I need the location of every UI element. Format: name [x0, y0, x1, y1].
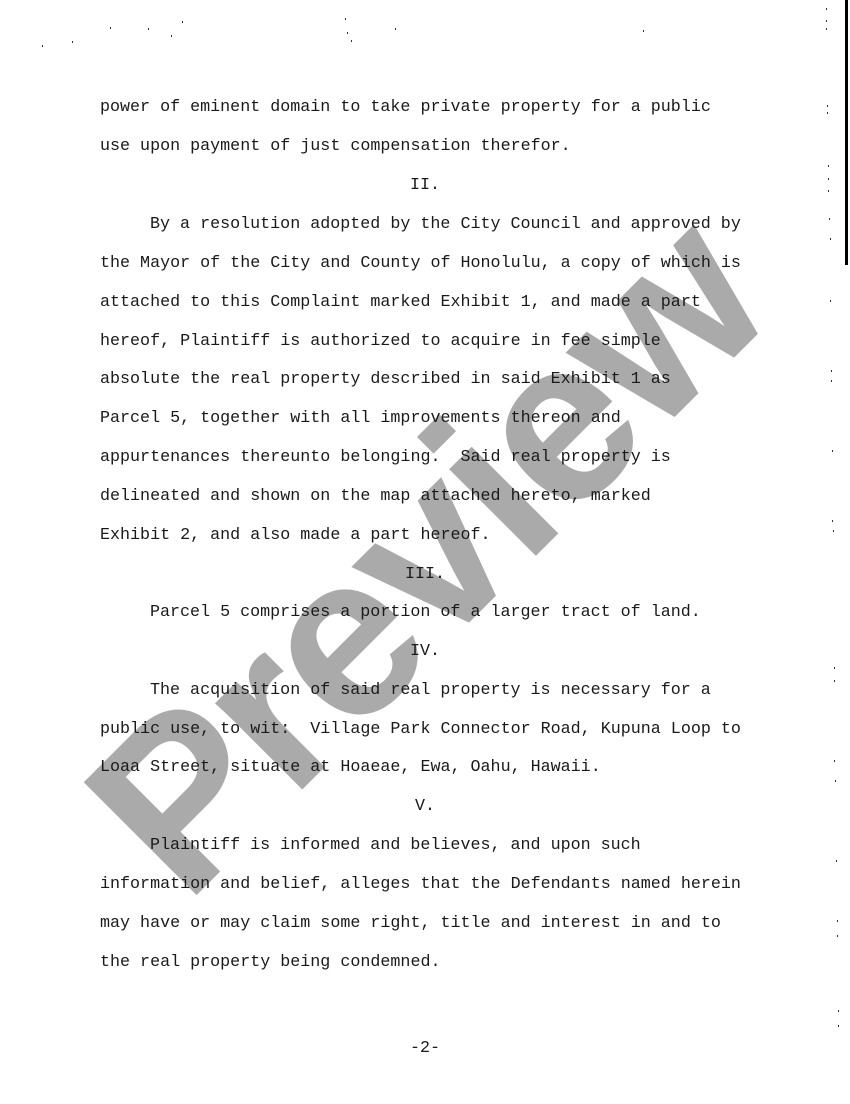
page-number: -2-: [0, 1039, 850, 1058]
scan-speck: [72, 41, 73, 43]
scan-speck: [42, 45, 43, 47]
scan-speck: [837, 935, 838, 937]
body-line: use upon payment of just compensation th…: [100, 137, 571, 157]
scan-speck: [833, 530, 834, 532]
scan-speck: [828, 165, 829, 167]
body-line: information and belief, alleges that the…: [100, 875, 741, 895]
section-heading-iii: III.: [0, 565, 850, 585]
scan-speck: [827, 112, 828, 114]
scan-speck: [643, 30, 644, 32]
scan-speck: [838, 1025, 839, 1027]
scan-speck: [345, 18, 346, 20]
scan-speck: [832, 520, 833, 522]
scan-speck: [148, 28, 149, 30]
scan-speck: [830, 238, 831, 240]
paragraph-start: Plaintiff is informed and believes, and …: [150, 836, 641, 856]
body-line: hereof, Plaintiff is authorized to acqui…: [100, 332, 661, 352]
scan-speck: [832, 450, 833, 452]
section-heading-ii: II.: [0, 176, 850, 196]
body-line: public use, to wit: Village Park Connect…: [100, 720, 741, 740]
scan-speck: [834, 680, 835, 682]
body-line: Exhibit 2, and also made a part hereof.: [100, 526, 491, 546]
body-line: Parcel 5, together with all improvements…: [100, 409, 621, 429]
scan-speck: [834, 667, 835, 669]
section-heading-iv: IV.: [0, 642, 850, 662]
body-line: the real property being condemned.: [100, 953, 440, 973]
scan-speck: [826, 8, 827, 10]
scan-speck: [831, 380, 832, 382]
scan-speck: [829, 218, 830, 220]
body-line: attached to this Complaint marked Exhibi…: [100, 293, 701, 313]
scan-speck: [835, 780, 836, 782]
scan-speck: [351, 40, 352, 42]
document-page: power of eminent domain to take private …: [0, 0, 850, 1104]
scan-speck: [837, 920, 838, 922]
section-heading-v: V.: [0, 797, 850, 817]
scan-speck: [830, 300, 831, 302]
body-line: may have or may claim some right, title …: [100, 914, 721, 934]
paragraph-start: By a resolution adopted by the City Coun…: [150, 215, 741, 235]
scan-speck: [395, 28, 396, 30]
scan-speck: [836, 860, 837, 862]
scan-speck: [827, 105, 828, 107]
body-line: absolute the real property described in …: [100, 370, 671, 390]
body-line: power of eminent domain to take private …: [100, 98, 711, 118]
scan-speck: [834, 760, 835, 762]
scan-speck: [826, 20, 827, 22]
scan-speck: [838, 1010, 839, 1012]
scan-speck: [171, 35, 172, 37]
scan-speck: [110, 27, 111, 29]
body-line: Loaa Street, situate at Hoaeae, Ewa, Oah…: [100, 758, 601, 778]
scan-speck: [831, 370, 832, 372]
scan-speck: [182, 21, 183, 23]
body-line: the Mayor of the City and County of Hono…: [100, 254, 741, 274]
paragraph-start: Parcel 5 comprises a portion of a larger…: [150, 603, 701, 623]
body-line: appurtenances thereunto belonging. Said …: [100, 448, 671, 468]
scan-speck: [826, 28, 827, 30]
body-line: delineated and shown on the map attached…: [100, 487, 651, 507]
paragraph-start: The acquisition of said real property is…: [150, 681, 711, 701]
scan-speck: [347, 32, 348, 34]
preview-watermark: Preview: [48, 178, 803, 933]
scan-edge-line: [845, 0, 848, 265]
